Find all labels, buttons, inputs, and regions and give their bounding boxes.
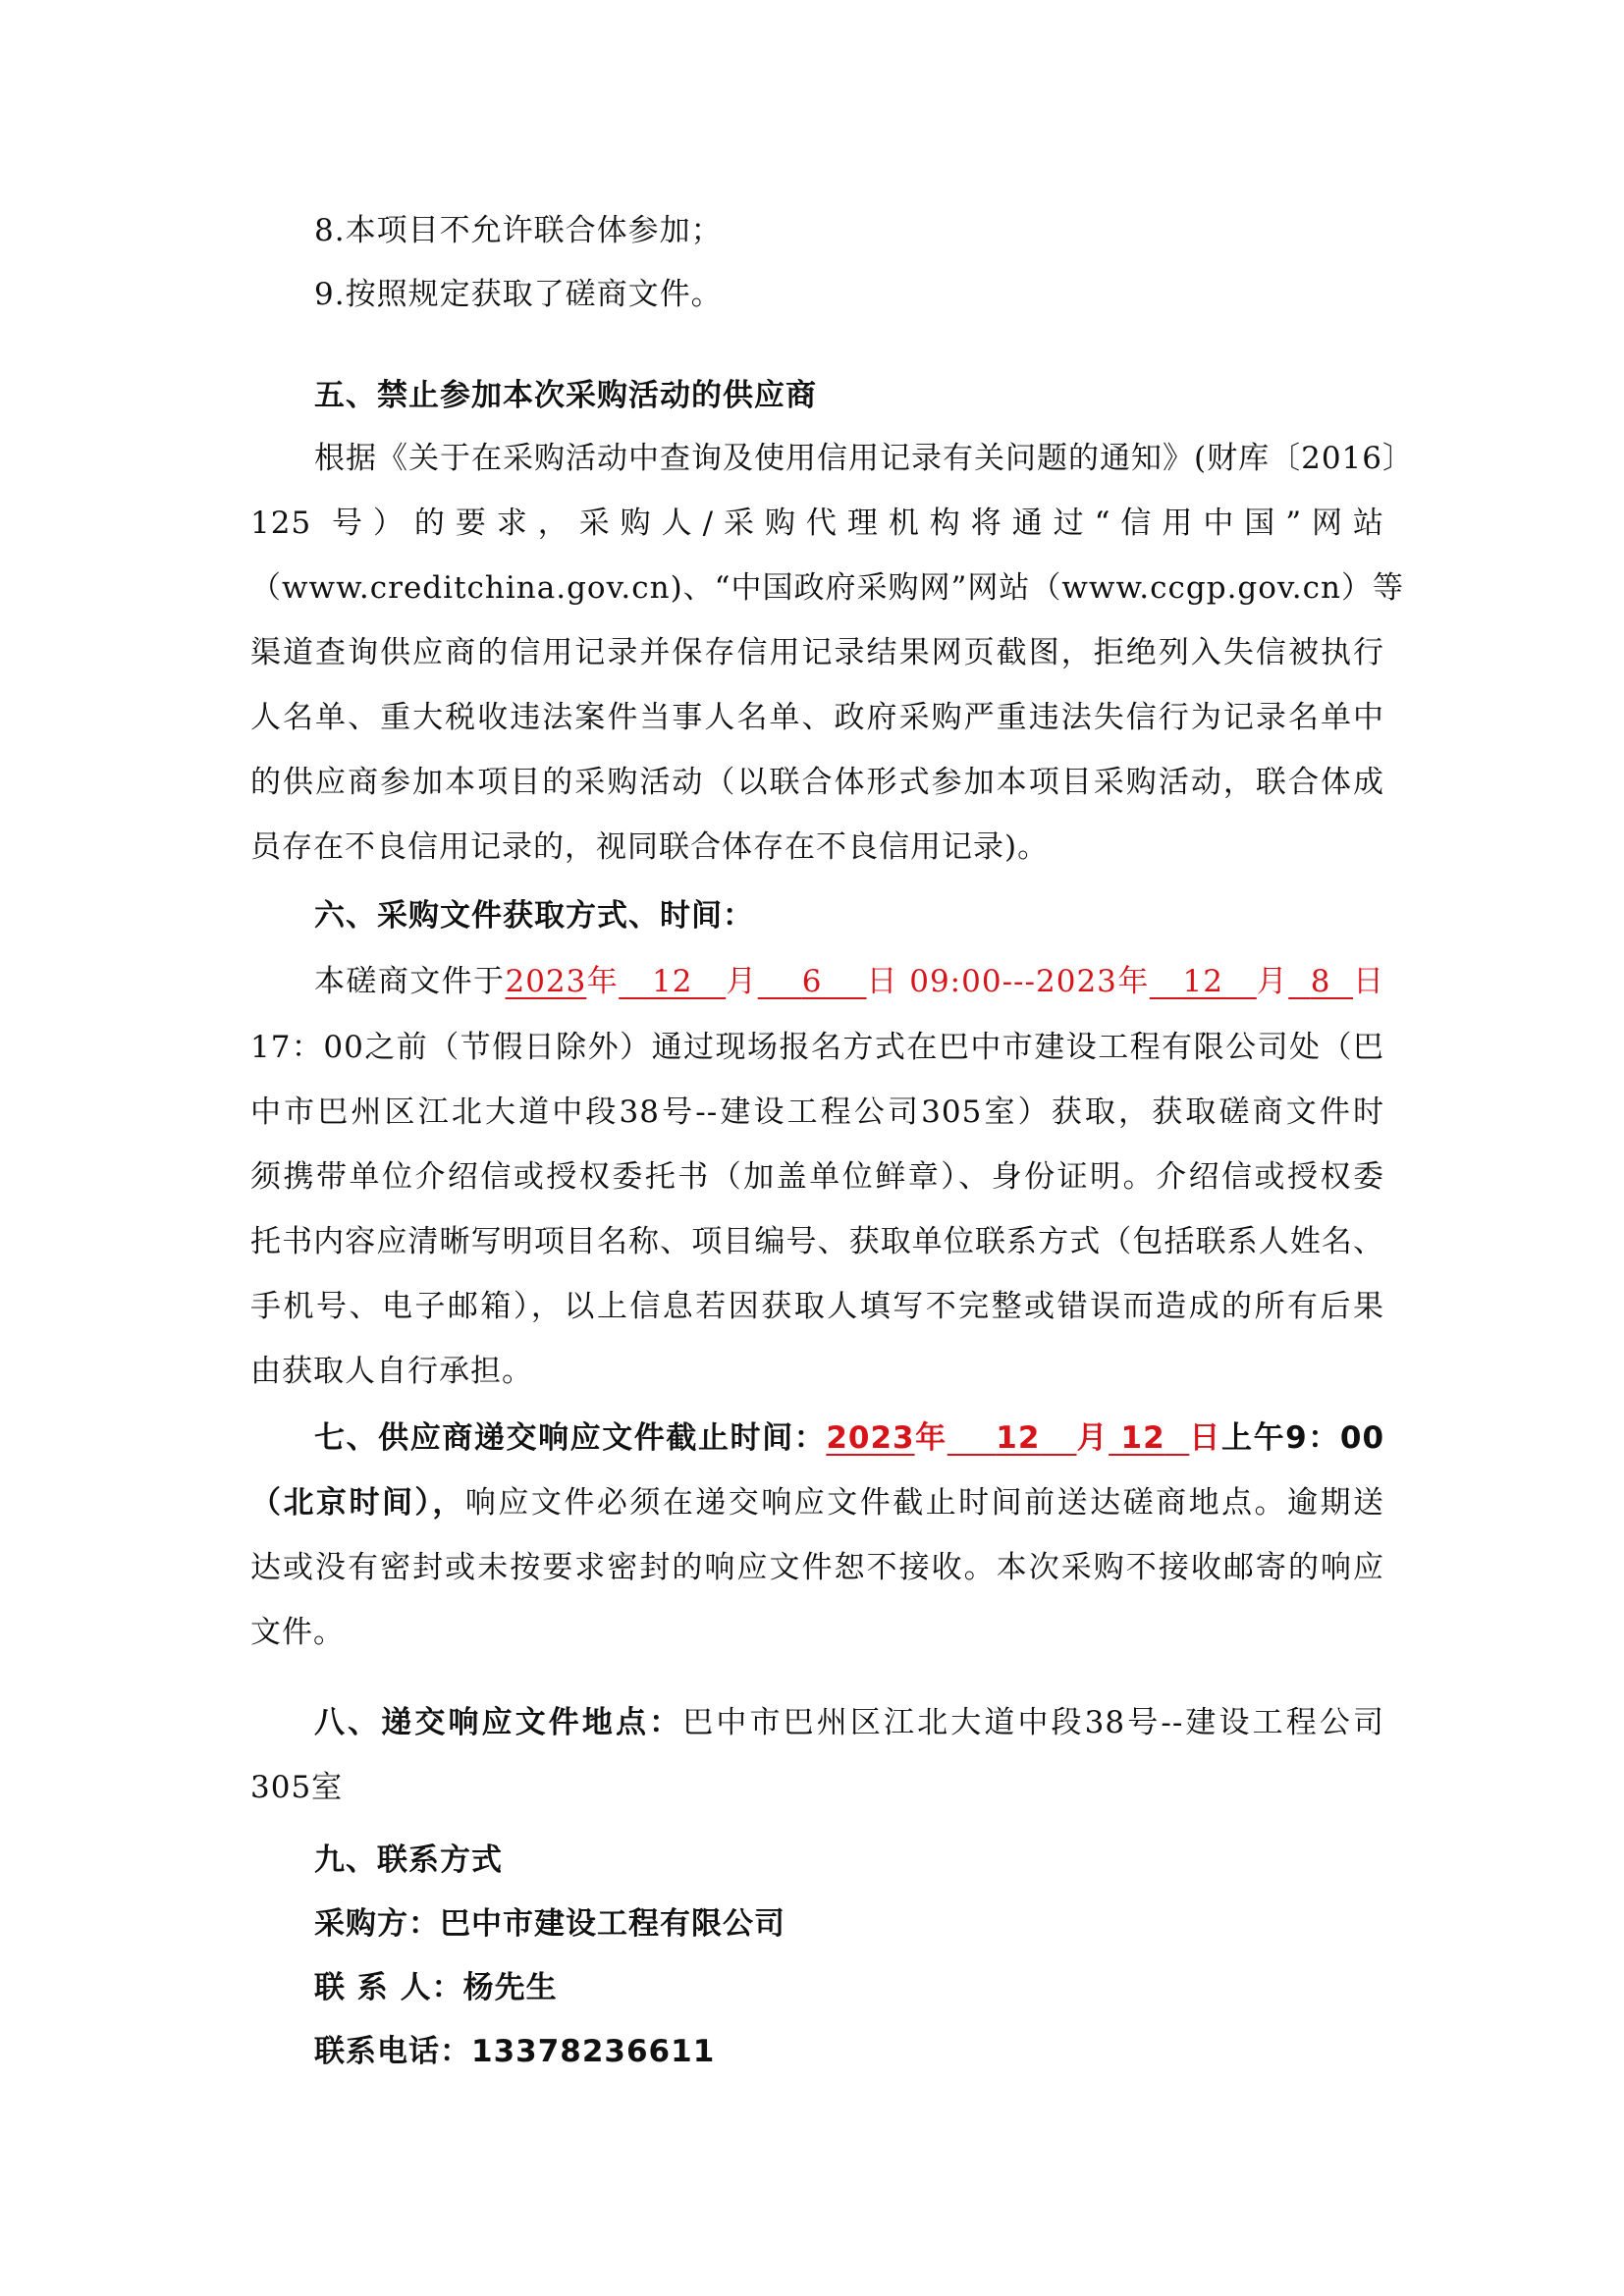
end-day: 8 [1311,964,1331,999]
section-9-heading: 九、联系方式 [314,1836,1384,1885]
purchaser-label: 采购方： [314,1906,440,1942]
end-day-wrap: 8 [1288,964,1353,999]
year-unit: 年 [1117,964,1150,999]
section-7-line: 文件。 [250,1608,1384,1657]
start-month: 12 [652,964,692,999]
section-7-text: 响应文件必须在递交响应文件截止时间前送达磋商地点。逾期送 [465,1485,1384,1521]
day-unit: 日 [867,964,898,999]
section-6-line: 托书内容应清晰写明项目名称、项目编号、获取单位联系方式（包括联系人姓名、 [250,1217,1384,1266]
list-item-9: 9.按照规定获取了磋商文件。 [314,270,1384,319]
day-unit: 日 [1189,1420,1221,1456]
month-unit: 月 [726,964,757,999]
section-7-line: （北京时间），响应文件必须在递交响应文件截止时间前送达磋商地点。逾期送 [250,1478,1384,1527]
item-text: 本项目不允许联合体参加； [346,213,723,248]
phone-number: 13378236611 [471,2034,715,2069]
year-unit: 年 [586,964,619,999]
deadline-day-wrap: 12 [1109,1420,1189,1456]
section-5-heading: 五、禁止参加本次采购活动的供应商 [314,371,1384,420]
item-text: 按照规定获取了磋商文件。 [346,277,723,312]
deadline-time: 上午9：00 [1221,1420,1384,1456]
section-5-line: 员存在不良信用记录的，视同联合体存在不良信用记录)。 [250,823,1384,872]
section-8-heading: 八、递交响应文件地点： [314,1705,682,1740]
section-5-line: 人名单、重大税收违法案件当事人名单、政府采购严重违法失信行为记录名单中 [250,693,1384,742]
month-unit: 月 [1077,1420,1110,1456]
section-5-line: 125 号）的要求，采购人/采购代理机构将通过“信用中国”网站 [250,499,1384,548]
deadline-date: 2023年 12 月 12 日 [826,1420,1221,1456]
list-item-8: 8.本项目不允许联合体参加； [314,206,1384,255]
section-8-line: 305室 [250,1763,1384,1812]
deadline-year: 2023 [826,1420,914,1456]
item-number: 8. [314,213,346,248]
purchaser-name: 巴中市建设工程有限公司 [440,1906,785,1942]
start-month-wrap: 12 [619,964,726,999]
start-day: 6 [802,964,823,999]
day-unit: 日 [1353,964,1384,999]
deadline-month: 12 [996,1420,1040,1456]
section-5-line: 渠道查询供应商的信用记录并保存信用记录结果网页截图，拒绝列入失信被执行 [250,628,1384,677]
start-day-wrap: 6 [758,964,867,999]
end-year: 2023 [1036,964,1117,999]
contact-row: 联 系 人：杨先生 [314,1963,1384,2012]
item-number: 9. [314,277,346,312]
date-range: 2023年 12 月 6 日 09:00---2023年 12 月 8 日 [505,964,1384,999]
year-unit: 年 [915,1420,947,1456]
section-8-line: 八、递交响应文件地点：巴中市巴州区江北大道中段38号--建设工程公司 [314,1698,1384,1747]
start-year: 2023 [505,964,586,999]
phone-label: 联系电话： [314,2034,471,2069]
phone-row: 联系电话：13378236611 [314,2027,1384,2076]
beijing-time: （北京时间）， [250,1485,465,1521]
section-5-line: 根据《关于在采购活动中查询及使用信用记录有关问题的通知》(财库〔2016〕 [314,434,1384,483]
intro-text: 本磋商文件于 [314,964,505,999]
section-6-line: 须携带单位介绍信或授权委托书（加盖单位鲜章）、身份证明。介绍信或授权委 [250,1152,1384,1201]
section-6-line: 17：00之前（节假日除外）通过现场报名方式在巴中市建设工程有限公司处（巴 [250,1023,1384,1072]
start-time: 09:00 [909,964,1001,999]
section-6-line: 中市巴州区江北大道中段38号--建设工程公司305室）获取，获取磋商文件时 [250,1088,1384,1137]
purchaser-row: 采购方：巴中市建设工程有限公司 [314,1899,1384,1949]
section-5-line: 的供应商参加本项目的采购活动（以联合体形式参加本项目采购活动，联合体成 [250,758,1384,807]
month-unit: 月 [1257,964,1288,999]
section-6-heading: 六、采购文件获取方式、时间： [314,891,1384,940]
section-7-heading: 七、供应商递交响应文件截止时间： [314,1420,826,1456]
end-month: 12 [1183,964,1223,999]
section-7-line: 达或没有密封或未按要求密封的响应文件恕不接收。本次采购不接收邮寄的响应 [250,1543,1384,1592]
document-page: 8.本项目不允许联合体参加； 9.按照规定获取了磋商文件。 五、禁止参加本次采购… [0,0,1624,2296]
section-6-line: 由获取人自行承担。 [250,1347,1384,1396]
deadline-month-wrap: 12 [947,1420,1077,1456]
separator: --- [1002,964,1036,999]
contact-label: 联 系 人： [314,1970,463,2005]
submission-address: 巴中市巴州区江北大道中段38号--建设工程公司 [682,1705,1384,1740]
end-month-wrap: 12 [1150,964,1257,999]
contact-name: 杨先生 [463,1970,558,2005]
section-5-line: （www.creditchina.gov.cn)、“中国政府采购网”网站（www… [250,563,1384,613]
deadline-day: 12 [1121,1420,1165,1456]
section-6-line: 手机号、电子邮箱），以上信息若因获取人填写不完整或错误而造成的所有后果 [250,1282,1384,1331]
section-7-deadline-line: 七、供应商递交响应文件截止时间：2023年 12 月 12 日上午9：00 [314,1414,1384,1463]
section-6-date-line: 本磋商文件于2023年 12 月 6 日 09:00---2023年 12 月 … [314,957,1384,1006]
